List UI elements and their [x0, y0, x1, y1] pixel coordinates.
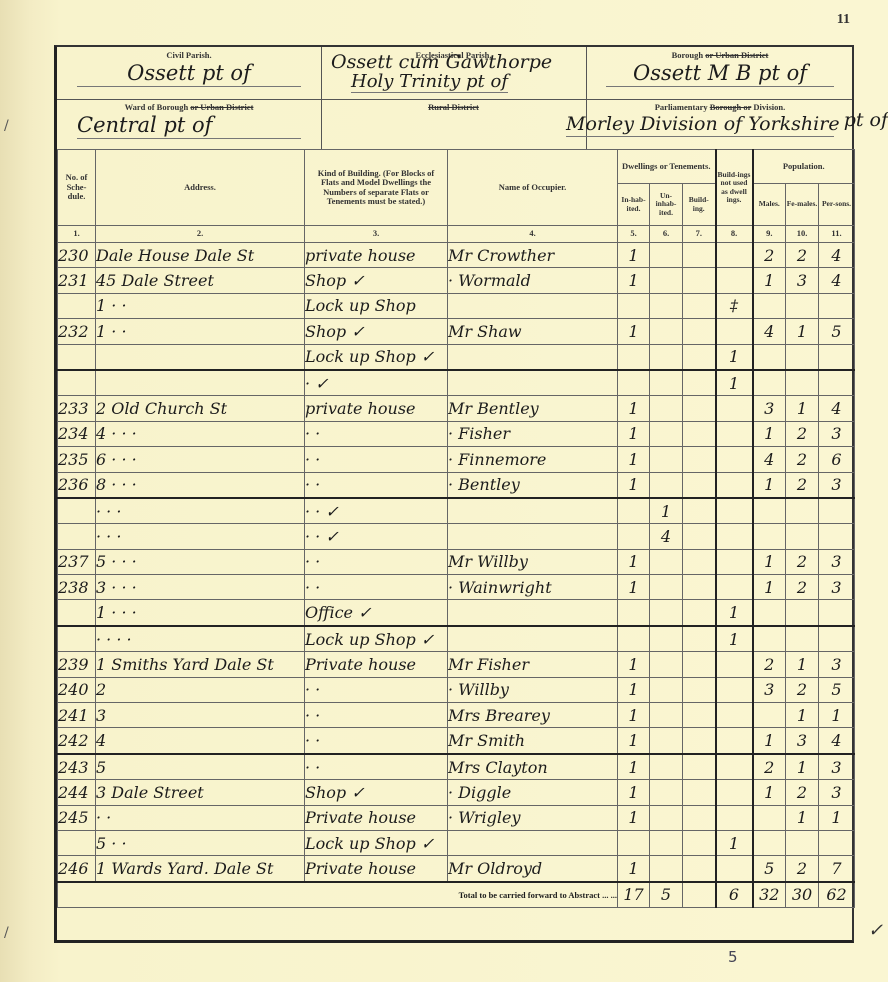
not-dwellings-cell: [716, 677, 753, 702]
schedule-number-cell: [58, 626, 96, 652]
occupier-name-cell: Mr Shaw: [448, 319, 618, 344]
not-dwellings-cell: [716, 319, 753, 344]
col-header-address: Address.: [96, 150, 305, 226]
table-row: 2375 · · ·· ·Mr Willby1123: [58, 549, 855, 574]
inhabited-cell: 1: [618, 677, 650, 702]
building-cell: [683, 293, 716, 318]
table-row: 245· ·Private house· Wrigley111: [58, 805, 855, 830]
inhabited-cell: 1: [618, 575, 650, 600]
persons-cell: 3: [819, 575, 855, 600]
civil-parish-value: Ossett pt of: [77, 61, 301, 87]
ward-label: Ward of Borough or Urban District: [57, 102, 321, 112]
not-dwellings-cell: 1: [716, 370, 753, 396]
males-cell: 1: [753, 421, 786, 446]
kind-of-building-cell: · ·: [305, 754, 448, 780]
address-cell: [96, 344, 305, 370]
occupier-name-cell: Mr Willby: [448, 549, 618, 574]
kind-of-building-cell: Shop ✓: [305, 780, 448, 805]
not-dwellings-cell: [716, 549, 753, 574]
occupier-name-cell: · Wrigley: [448, 805, 618, 830]
ecclesiastical-parish-value-2: Holy Trinity pt of: [351, 71, 508, 93]
table-row: · ✓1: [58, 370, 855, 396]
col-num: 6.: [650, 226, 683, 243]
occupier-name-cell: [448, 370, 618, 396]
check-mark-icon: ✓: [868, 920, 883, 941]
parliamentary-label-struck: Borough or: [710, 102, 752, 112]
not-dwellings-cell: [716, 780, 753, 805]
column-number-row: 1. 2. 3. 4. 5. 6. 7. 8. 9. 10. 11.: [58, 226, 855, 243]
females-cell: 3: [786, 268, 819, 293]
females-cell: [786, 293, 819, 318]
total-persons: 62: [819, 882, 855, 908]
schedule-number-cell: 244: [58, 780, 96, 805]
address-cell: 1 · ·: [96, 293, 305, 318]
not-dwellings-cell: [716, 652, 753, 677]
occupier-name-cell: Mrs Brearey: [448, 703, 618, 728]
males-cell: [753, 524, 786, 549]
females-cell: 2: [786, 677, 819, 702]
address-cell: 1 · · ·: [96, 600, 305, 626]
females-cell: 1: [786, 805, 819, 830]
table-row: · · ·· · ✓4: [58, 524, 855, 549]
kind-of-building-cell: · ·: [305, 728, 448, 754]
uninhabited-cell: [650, 703, 683, 728]
uninhabited-cell: 4: [650, 524, 683, 549]
schedule-number-cell: [58, 830, 96, 855]
persons-cell: [819, 524, 855, 549]
inhabited-cell: 1: [618, 780, 650, 805]
kind-of-building-cell: · ·: [305, 677, 448, 702]
persons-cell: 3: [819, 754, 855, 780]
col-header-not-dwellings: Build-ings not used as dwell ings.: [716, 150, 753, 226]
address-cell: 2: [96, 677, 305, 702]
schedule-number-cell: [58, 293, 96, 318]
persons-cell: [819, 600, 855, 626]
table-row: 2368 · · ·· ·· Bentley1123: [58, 472, 855, 498]
not-dwellings-cell: [716, 856, 753, 882]
borough-cell: Borough or Urban District Ossett M B pt …: [586, 47, 854, 99]
uninhabited-cell: [650, 856, 683, 882]
rural-district-label: Rural District: [321, 102, 586, 112]
kind-of-building-cell: · ·: [305, 421, 448, 446]
address-cell: · · ·: [96, 498, 305, 524]
occupier-name-cell: Mr Bentley: [448, 396, 618, 421]
occupier-name-cell: · Finnemore: [448, 447, 618, 472]
females-cell: 3: [786, 728, 819, 754]
uninhabited-cell: [650, 805, 683, 830]
kind-of-building-cell: · ✓: [305, 370, 448, 396]
males-cell: [753, 370, 786, 396]
building-cell: [683, 754, 716, 780]
not-dwellings-cell: [716, 243, 753, 268]
inhabited-cell: [618, 370, 650, 396]
col-num: 7.: [683, 226, 716, 243]
occupier-name-cell: [448, 293, 618, 318]
males-cell: 4: [753, 447, 786, 472]
total-inhabited: 17: [618, 882, 650, 908]
occupier-name-cell: · Willby: [448, 677, 618, 702]
totals-row: Total to be carried forward to Abstract …: [58, 882, 855, 908]
inhabited-cell: 1: [618, 728, 650, 754]
not-dwellings-cell: [716, 728, 753, 754]
building-cell: [683, 600, 716, 626]
uninhabited-cell: [650, 268, 683, 293]
females-cell: 2: [786, 472, 819, 498]
kind-of-building-cell: · ·: [305, 703, 448, 728]
building-cell: [683, 728, 716, 754]
uninhabited-cell: [650, 396, 683, 421]
not-dwellings-cell: ‡: [716, 293, 753, 318]
males-cell: [753, 830, 786, 855]
not-dwellings-cell: [716, 447, 753, 472]
males-cell: [753, 293, 786, 318]
inhabited-cell: [618, 830, 650, 855]
inhabited-cell: 1: [618, 447, 650, 472]
address-cell: Dale House Dale St: [96, 243, 305, 268]
table-row: · · ·· · ✓1: [58, 498, 855, 524]
males-cell: 1: [753, 575, 786, 600]
inhabited-cell: 1: [618, 703, 650, 728]
totals-label: Total to be carried forward to Abstract …: [58, 882, 618, 908]
females-cell: 1: [786, 652, 819, 677]
persons-cell: 3: [819, 780, 855, 805]
building-cell: [683, 370, 716, 396]
header-row-2: Ward of Borough or Urban District Centra…: [57, 99, 852, 150]
females-cell: 2: [786, 856, 819, 882]
address-cell: 1 · ·: [96, 319, 305, 344]
table-row: 2435· ·Mrs Clayton1213: [58, 754, 855, 780]
females-cell: 1: [786, 703, 819, 728]
col-header-kind: Kind of Building. (For Blocks of Flats a…: [305, 150, 448, 226]
occupier-name-cell: Mr Crowther: [448, 243, 618, 268]
table-row: 2443 Dale StreetShop ✓· Diggle1123: [58, 780, 855, 805]
address-cell: 5: [96, 754, 305, 780]
civil-parish-cell: Civil Parish. Ossett pt of: [57, 47, 322, 99]
schedule-number-cell: 239: [58, 652, 96, 677]
rural-district-cell: Rural District: [321, 99, 587, 149]
table-row: 23145 Dale StreetShop ✓· Wormald1134: [58, 268, 855, 293]
not-dwellings-cell: [716, 575, 753, 600]
col-header-schedule: No. of Sche-dule.: [58, 150, 96, 226]
below-note: 5: [728, 948, 738, 966]
inhabited-cell: [618, 524, 650, 549]
building-cell: [683, 780, 716, 805]
schedule-number-cell: [58, 524, 96, 549]
persons-cell: 4: [819, 243, 855, 268]
persons-cell: [819, 293, 855, 318]
kind-of-building-cell: Lock up Shop ✓: [305, 344, 448, 370]
occupier-name-cell: · Wainwright: [448, 575, 618, 600]
males-cell: 3: [753, 677, 786, 702]
males-cell: 4: [753, 319, 786, 344]
building-cell: [683, 805, 716, 830]
persons-cell: 5: [819, 677, 855, 702]
address-cell: 2 Old Church St: [96, 396, 305, 421]
kind-of-building-cell: · · ✓: [305, 498, 448, 524]
kind-of-building-cell: private house: [305, 396, 448, 421]
address-cell: · ·: [96, 805, 305, 830]
females-cell: [786, 830, 819, 855]
table-row: 1 · · ·Office ✓1: [58, 600, 855, 626]
uninhabited-cell: [650, 319, 683, 344]
inhabited-cell: 1: [618, 319, 650, 344]
ecclesiastical-parish-cell: Ecclesiastical Parish. Ossett cum Gawtho…: [321, 47, 587, 99]
schedule-number-cell: 233: [58, 396, 96, 421]
persons-cell: 5: [819, 319, 855, 344]
males-cell: 1: [753, 728, 786, 754]
building-cell: [683, 498, 716, 524]
schedule-number-cell: 236: [58, 472, 96, 498]
males-cell: 5: [753, 856, 786, 882]
females-cell: [786, 524, 819, 549]
col-header-uninhabited: Un-inhab-ited.: [650, 184, 683, 226]
col-header-population: Population.: [753, 150, 855, 184]
census-rows: 230Dale House Dale Stprivate houseMr Cro…: [58, 243, 855, 882]
occupier-name-cell: Mr Fisher: [448, 652, 618, 677]
building-cell: [683, 575, 716, 600]
uninhabited-cell: [650, 472, 683, 498]
schedule-number-cell: 243: [58, 754, 96, 780]
persons-cell: 3: [819, 549, 855, 574]
kind-of-building-cell: · · ✓: [305, 524, 448, 549]
not-dwellings-cell: [716, 754, 753, 780]
parliamentary-value: Morley Division of Yorkshire: [566, 113, 834, 137]
kind-of-building-cell: · ·: [305, 472, 448, 498]
uninhabited-cell: [650, 626, 683, 652]
address-cell: 3 · · ·: [96, 575, 305, 600]
schedule-number-cell: 235: [58, 447, 96, 472]
inhabited-cell: 1: [618, 805, 650, 830]
col-header-dwellings: Dwellings or Tenements.: [618, 150, 716, 184]
occupier-name-cell: Mrs Clayton: [448, 754, 618, 780]
inhabited-cell: 1: [618, 243, 650, 268]
address-cell: 1 Smiths Yard Dale St: [96, 652, 305, 677]
civil-parish-label: Civil Parish.: [57, 50, 321, 60]
females-cell: 1: [786, 754, 819, 780]
address-cell: [96, 370, 305, 396]
males-cell: [753, 626, 786, 652]
inhabited-cell: 1: [618, 549, 650, 574]
females-cell: 1: [786, 319, 819, 344]
ecclesiastical-parish-value-1: Ossett cum Gawthorpe: [331, 51, 552, 73]
occupier-name-cell: Mr Oldroyd: [448, 856, 618, 882]
ward-cell: Ward of Borough or Urban District Centra…: [57, 99, 322, 149]
parliamentary-label: Parliamentary Borough or Division.: [586, 102, 854, 112]
parliamentary-value-extra: pt of: [844, 109, 888, 131]
kind-of-building-cell: · ·: [305, 575, 448, 600]
inhabited-cell: 1: [618, 421, 650, 446]
schedule-number-cell: 246: [58, 856, 96, 882]
occupier-name-cell: [448, 830, 618, 855]
address-cell: · · · ·: [96, 626, 305, 652]
males-cell: [753, 600, 786, 626]
table-row: 2321 · ·Shop ✓Mr Shaw1415: [58, 319, 855, 344]
occupier-name-cell: [448, 600, 618, 626]
inhabited-cell: 1: [618, 652, 650, 677]
borough-label-struck: or Urban District: [705, 50, 768, 60]
uninhabited-cell: [650, 421, 683, 446]
not-dwellings-cell: 1: [716, 830, 753, 855]
uninhabited-cell: 1: [650, 498, 683, 524]
address-cell: 4 · · ·: [96, 421, 305, 446]
inhabited-cell: 1: [618, 396, 650, 421]
table-row: 2402· ·· Willby1325: [58, 677, 855, 702]
schedule-number-cell: 234: [58, 421, 96, 446]
inhabited-cell: 1: [618, 856, 650, 882]
col-num: 10.: [786, 226, 819, 243]
not-dwellings-cell: 1: [716, 344, 753, 370]
occupier-name-cell: Mr Smith: [448, 728, 618, 754]
females-cell: [786, 498, 819, 524]
building-cell: [683, 344, 716, 370]
females-cell: 2: [786, 421, 819, 446]
males-cell: 3: [753, 396, 786, 421]
females-cell: [786, 626, 819, 652]
persons-cell: 3: [819, 472, 855, 498]
parliamentary-cell: Parliamentary Borough or Division. Morle…: [586, 99, 854, 149]
occupier-name-cell: · Diggle: [448, 780, 618, 805]
kind-of-building-cell: Private house: [305, 652, 448, 677]
uninhabited-cell: [650, 780, 683, 805]
not-dwellings-cell: 1: [716, 600, 753, 626]
persons-cell: 1: [819, 805, 855, 830]
uninhabited-cell: [650, 344, 683, 370]
address-cell: 1 Wards Yard. Dale St: [96, 856, 305, 882]
females-cell: 2: [786, 243, 819, 268]
females-cell: 2: [786, 575, 819, 600]
females-cell: [786, 344, 819, 370]
occupier-name-cell: [448, 498, 618, 524]
uninhabited-cell: [650, 830, 683, 855]
building-cell: [683, 447, 716, 472]
table-row: 230Dale House Dale Stprivate houseMr Cro…: [58, 243, 855, 268]
address-cell: 8 · · ·: [96, 472, 305, 498]
schedule-number-cell: 230: [58, 243, 96, 268]
building-cell: [683, 626, 716, 652]
schedule-number-cell: [58, 498, 96, 524]
col-header-occupier: Name of Occupier.: [448, 150, 618, 226]
males-cell: [753, 498, 786, 524]
schedule-number-cell: [58, 344, 96, 370]
males-cell: 1: [753, 549, 786, 574]
males-cell: 1: [753, 268, 786, 293]
males-cell: [753, 344, 786, 370]
building-cell: [683, 268, 716, 293]
uninhabited-cell: [650, 754, 683, 780]
col-num: 2.: [96, 226, 305, 243]
not-dwellings-cell: [716, 703, 753, 728]
table-row: 2332 Old Church Stprivate houseMr Bentle…: [58, 396, 855, 421]
page-number: 11: [837, 12, 850, 28]
persons-cell: [819, 626, 855, 652]
females-cell: [786, 370, 819, 396]
total-uninhabited: 5: [650, 882, 683, 908]
uninhabited-cell: [650, 549, 683, 574]
kind-of-building-cell: private house: [305, 243, 448, 268]
schedule-number-cell: 238: [58, 575, 96, 600]
address-cell: 5 · ·: [96, 830, 305, 855]
inhabited-cell: [618, 600, 650, 626]
schedule-number-cell: 245: [58, 805, 96, 830]
uninhabited-cell: [650, 600, 683, 626]
inhabited-cell: 1: [618, 268, 650, 293]
inhabited-cell: 1: [618, 754, 650, 780]
building-cell: [683, 524, 716, 549]
inhabited-cell: 1: [618, 472, 650, 498]
persons-cell: 4: [819, 728, 855, 754]
kind-of-building-cell: Lock up Shop: [305, 293, 448, 318]
col-num: 1.: [58, 226, 96, 243]
uninhabited-cell: [650, 293, 683, 318]
not-dwellings-cell: [716, 268, 753, 293]
building-cell: [683, 703, 716, 728]
uninhabited-cell: [650, 728, 683, 754]
building-cell: [683, 856, 716, 882]
occupier-name-cell: [448, 626, 618, 652]
table-row: 1 · ·Lock up Shop‡: [58, 293, 855, 318]
kind-of-building-cell: · ·: [305, 549, 448, 574]
schedule-number-cell: 237: [58, 549, 96, 574]
schedule-number-cell: [58, 600, 96, 626]
total-males: 32: [753, 882, 786, 908]
occupier-name-cell: · Bentley: [448, 472, 618, 498]
schedule-number-cell: 242: [58, 728, 96, 754]
col-header-building: Build-ing.: [683, 184, 716, 226]
schedule-number-cell: [58, 370, 96, 396]
parliamentary-label-post: Division.: [753, 102, 785, 112]
females-cell: [786, 600, 819, 626]
table-row: 2344 · · ·· ·· Fisher1123: [58, 421, 855, 446]
persons-cell: 7: [819, 856, 855, 882]
not-dwellings-cell: [716, 524, 753, 549]
building-cell: [683, 830, 716, 855]
building-cell: [683, 396, 716, 421]
col-header-males: Males.: [753, 184, 786, 226]
table-row: 5 · ·Lock up Shop ✓1: [58, 830, 855, 855]
address-cell: 4: [96, 728, 305, 754]
table-row: 2356 · · ·· ·· Finnemore1426: [58, 447, 855, 472]
inhabited-cell: [618, 626, 650, 652]
table-row: 2391 Smiths Yard Dale StPrivate houseMr …: [58, 652, 855, 677]
males-cell: 2: [753, 754, 786, 780]
persons-cell: [819, 830, 855, 855]
persons-cell: [819, 344, 855, 370]
schedule-number-cell: 232: [58, 319, 96, 344]
schedule-number-cell: 241: [58, 703, 96, 728]
building-cell: [683, 549, 716, 574]
persons-cell: [819, 370, 855, 396]
uninhabited-cell: [650, 677, 683, 702]
borough-label-text: Borough: [672, 50, 704, 60]
address-cell: · · ·: [96, 524, 305, 549]
address-cell: 3 Dale Street: [96, 780, 305, 805]
building-cell: [683, 421, 716, 446]
males-cell: 1: [753, 780, 786, 805]
persons-cell: 3: [819, 421, 855, 446]
uninhabited-cell: [650, 243, 683, 268]
address-cell: 45 Dale Street: [96, 268, 305, 293]
uninhabited-cell: [650, 447, 683, 472]
occupier-name-cell: [448, 524, 618, 549]
kind-of-building-cell: Lock up Shop ✓: [305, 626, 448, 652]
col-num: 11.: [819, 226, 855, 243]
address-cell: 5 · · ·: [96, 549, 305, 574]
kind-of-building-cell: Office ✓: [305, 600, 448, 626]
col-header-inhabited: In-hab-ited.: [618, 184, 650, 226]
building-cell: [683, 243, 716, 268]
building-cell: [683, 319, 716, 344]
col-num: 8.: [716, 226, 753, 243]
